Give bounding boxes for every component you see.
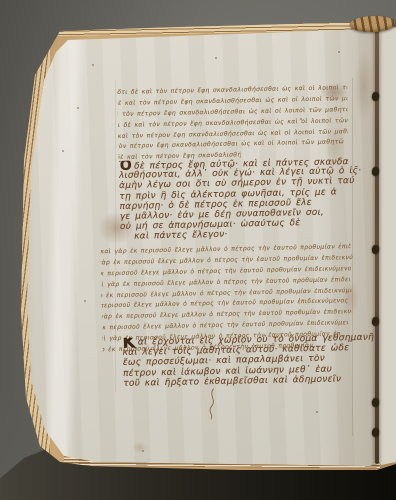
text-area: ὅτι δὲ καὶ τὸν πέτρον ἔφη σκανδαλισθήσεσ… [95,82,366,432]
ink-speck [62,150,64,152]
ink-speck [92,64,94,66]
pen-flourish [202,388,221,420]
commentary-upper: ὅτι δὲ καὶ τὸν πέτρον ἔφη σκανδαλισθήσεσ… [117,83,349,164]
small-stain [132,442,147,453]
ink-speck [77,107,79,109]
ink-speck [84,300,86,302]
gospel-mark-14-29-31: Ὁδὲ πέτρος ἔφη αὐτῷ· καὶ εἰ πάντες σκανδ… [119,156,363,243]
ink-speck [142,450,144,452]
ink-speck [215,57,217,59]
gospel-mark-14-32-33: Καὶ ἔρχονται εἰς χωρίον οὗ τὸ ὄνομα γεθσ… [122,333,375,389]
repair-strip [43,34,85,463]
ink-speck [338,51,340,53]
manuscript-page: ὅτι δὲ καὶ τὸν πέτρον ἔφη σκανδαλισθήσεσ… [0,0,396,500]
